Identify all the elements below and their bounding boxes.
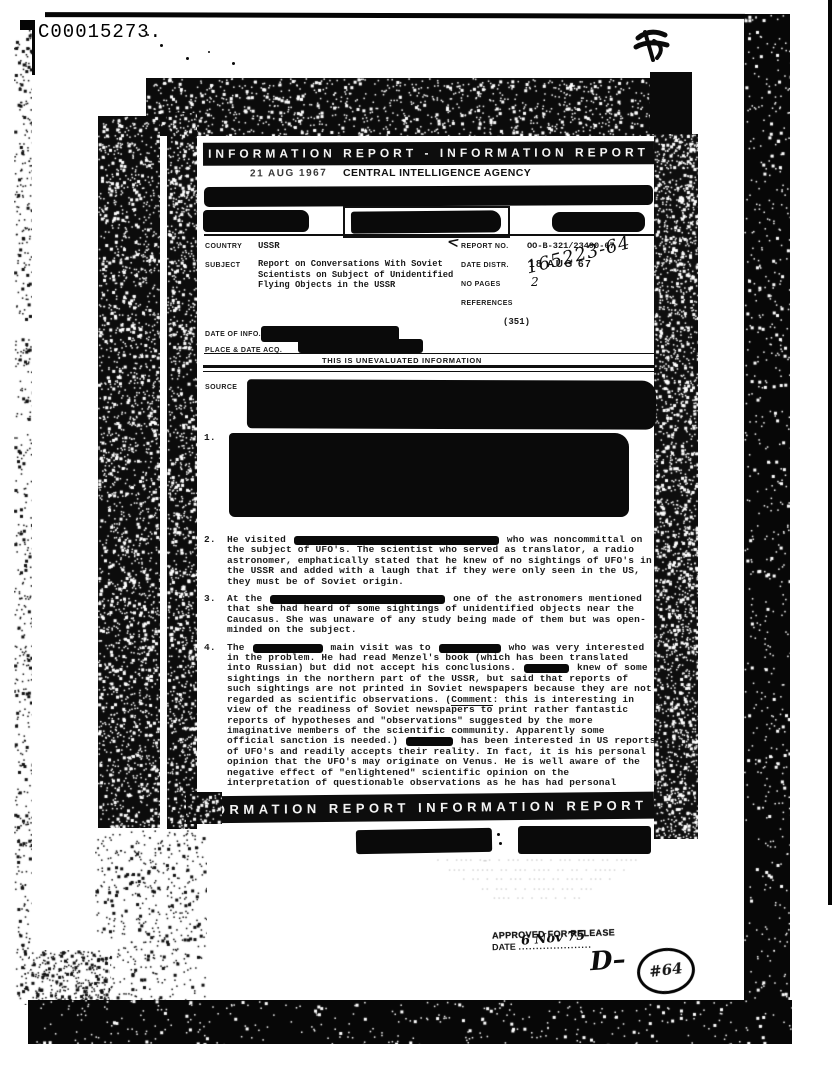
film-noise-band-top xyxy=(146,78,691,136)
scanned-document-page: C00015273. INFORMATION REPORT - INFORMAT… xyxy=(0,0,832,1080)
information-report-banner-bottom: FORMATION REPORT INFORMATION REPORT xyxy=(196,792,654,824)
scan-speck xyxy=(499,842,502,845)
redaction-block xyxy=(552,212,645,232)
body-paragraphs: 1.2.He visited who was noncommittal on t… xyxy=(204,433,656,795)
film-noise-band-right-inner xyxy=(654,134,698,839)
paragraph-text xyxy=(227,433,656,517)
illegible-line: ···· ····· ·· ··· ···· ·· ·· · ····· · xyxy=(420,867,655,877)
film-noise-blob xyxy=(650,72,692,134)
scan-right-edge-line xyxy=(828,0,832,905)
paragraph: 2.He visited who was noncommittal on the… xyxy=(204,535,656,587)
paragraph: 1. xyxy=(204,433,656,517)
redaction-block xyxy=(518,826,651,854)
film-speckle-left-strip xyxy=(14,30,32,1005)
divider-rule xyxy=(204,234,654,236)
paragraph: 3.At the one of the astronomers mentione… xyxy=(204,594,656,636)
illegible-line: ···· ·· · ·· · · ·· xyxy=(420,895,655,905)
date-label: DATE xyxy=(492,942,516,953)
paragraph-number: 4. xyxy=(204,643,227,789)
illegible-line: ·· ··· · · ····· ··· ··· xyxy=(420,886,655,896)
film-noise-band-left-a xyxy=(98,116,160,828)
paragraph-number: 1. xyxy=(204,433,227,517)
film-bar-right-outer xyxy=(744,14,790,1044)
redaction-inline xyxy=(229,433,629,517)
agency-name: CENTRAL INTELLIGENCE AGENCY xyxy=(343,167,531,179)
country-label: COUNTRY xyxy=(205,243,242,250)
paragraph-text: He visited who was noncommittal on the s… xyxy=(227,535,656,587)
redaction-block xyxy=(356,828,492,854)
paragraph-text: The main visit was to who was very inter… xyxy=(227,643,656,789)
source-label: SOURCE xyxy=(205,384,237,391)
references-label: REFERENCES xyxy=(461,300,513,307)
scan-speck xyxy=(160,44,163,47)
subject-value: Report on Conversations With Soviet Scie… xyxy=(258,259,453,291)
redaction-block-source xyxy=(247,379,656,429)
illegible-distribution-text: · · ···· ·–· · ··· ···· · ··· ···· ·· ··… xyxy=(420,857,655,905)
scan-top-border xyxy=(45,12,745,19)
redaction-bar xyxy=(204,185,653,207)
paragraph-text: At the one of the astronomers mentioned … xyxy=(227,594,656,636)
scan-speck xyxy=(208,51,210,53)
handwritten-file-number: 165223-64 xyxy=(524,232,633,278)
information-report-banner-top: INFORMATION REPORT - INFORMATION REPORT xyxy=(203,141,654,166)
film-speckle-bottom-left xyxy=(30,950,110,1005)
illegible-line: · · ···· ·–· · ··· ···· · ··· ···· ·· ··… xyxy=(420,857,655,867)
scan-speck xyxy=(497,833,500,836)
date-of-info-label: DATE OF INFO. xyxy=(205,331,261,338)
handwritten-check-mark: < xyxy=(446,232,461,252)
country-value: USSR xyxy=(258,241,280,251)
scan-speck xyxy=(147,34,149,36)
paragraph: 4.The main visit was to who was very int… xyxy=(204,643,656,789)
film-noise-blob xyxy=(186,792,222,824)
circled-number-mark: #64 xyxy=(634,945,697,998)
date-distr-label: DATE DISTR. xyxy=(461,262,509,269)
divider-rule xyxy=(204,353,655,354)
illegible-line: · ·· · ·· ··· ···· ·· ···· ··· · xyxy=(420,876,655,886)
handwritten-scribble-icon xyxy=(630,26,672,66)
paragraph-number: 3. xyxy=(204,594,227,636)
divider-rule xyxy=(203,371,655,372)
divider-rule xyxy=(203,365,655,368)
received-date-stamp: 21 AUG 1967 xyxy=(250,168,327,180)
handwritten-d-mark: D– xyxy=(589,945,627,977)
redaction-block xyxy=(298,339,423,353)
report-no-label: REPORT NO. xyxy=(461,243,509,250)
scan-speck xyxy=(186,57,189,60)
film-noise-band-left-b xyxy=(167,113,197,829)
paragraph-number: 2. xyxy=(204,535,227,587)
film-band-bottom xyxy=(28,1000,792,1044)
unevaluated-note: THIS IS UNEVALUATED INFORMATION xyxy=(322,356,482,365)
redaction-block xyxy=(351,210,501,233)
redaction-block xyxy=(203,210,309,232)
document-id: C00015273. xyxy=(38,21,162,43)
film-speckle-lower-left xyxy=(95,830,207,1000)
subject-label: SUBJECT xyxy=(205,262,240,269)
scan-speck xyxy=(232,62,235,65)
no-pages-label: NO PAGES xyxy=(461,281,501,288)
references-value: (351) xyxy=(503,317,530,327)
